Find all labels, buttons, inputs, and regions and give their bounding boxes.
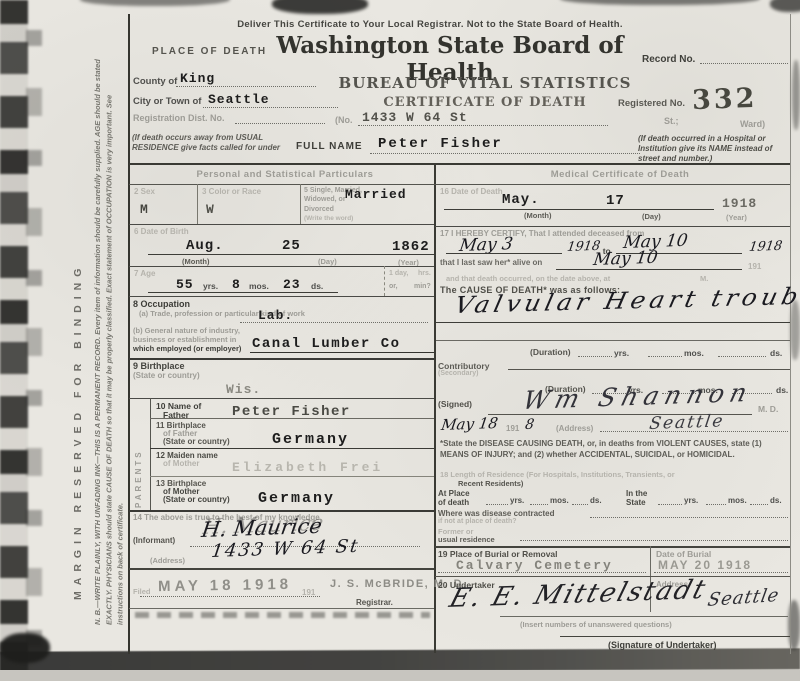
age-ds-value: 23 xyxy=(283,277,301,292)
bottom-scan-band xyxy=(0,648,800,672)
dod-day: 17 xyxy=(606,193,625,209)
city-blank xyxy=(203,107,338,108)
duration-1-ds-blank xyxy=(718,356,766,357)
marital-value: Married xyxy=(345,187,407,202)
informant-label: (Informant) xyxy=(133,536,175,545)
contracted-blank xyxy=(590,517,788,518)
row-rule-birthplace xyxy=(129,398,434,399)
deliver-note: Deliver This Certificate to Your Local R… xyxy=(150,19,710,30)
contributory-blank xyxy=(508,369,790,370)
record-no-label: Record No. xyxy=(642,54,695,65)
contracted-label-1: Where was disease contracted xyxy=(438,509,555,518)
top-smudge xyxy=(272,0,368,14)
row-rule-dod xyxy=(435,226,790,227)
occupation-b-label-1: (b) General nature of industry, xyxy=(133,326,240,335)
duration-1-mos-label: mos. xyxy=(684,348,704,358)
informant-address-label: (Address) xyxy=(150,556,185,565)
sex-value: M xyxy=(140,202,149,217)
occupation-b-label-2: business or establishment in xyxy=(133,335,236,344)
county-label: County of xyxy=(133,76,177,87)
in-state-yrs-blank xyxy=(658,504,682,505)
dob-month: Aug. xyxy=(186,238,224,254)
contributory-secondary-hint: (Secondary) xyxy=(438,370,478,377)
sex-label: 2 Sex xyxy=(134,187,155,196)
burial-value: Calvary Cemetery xyxy=(456,558,613,573)
age-blank xyxy=(148,292,338,293)
duration-1-ds-label: ds. xyxy=(770,348,782,358)
filed-blank xyxy=(140,596,320,597)
less-than-min-label: min? xyxy=(414,283,431,290)
row-rule-mother xyxy=(150,476,434,477)
occupation-b-label-3: which employed (or employer) xyxy=(133,344,241,353)
at-place-ds-blank xyxy=(572,504,588,505)
county-blank xyxy=(176,86,316,87)
parents-divider xyxy=(150,398,151,510)
former-residence-label-2: usual residence xyxy=(438,535,495,544)
undertaker-sig-caption: (Signature of Undertaker) xyxy=(608,640,717,650)
row-rule-occupation xyxy=(129,358,434,360)
bottom-scan-strip xyxy=(0,670,800,681)
dod-year-caption: (Year) xyxy=(726,213,747,222)
in-state-yrs-label: yrs. xyxy=(684,496,698,505)
registrar-label: Registrar. xyxy=(356,598,393,607)
bottom-left-blob xyxy=(0,633,50,663)
birthplace-label: 9 Birthplace xyxy=(133,361,185,371)
age-ds-label: ds. xyxy=(311,281,323,291)
county-value: King xyxy=(180,71,215,86)
form-left-border xyxy=(128,14,130,654)
former-residence-blank xyxy=(520,540,788,541)
at-place-ds-label: ds. xyxy=(590,496,602,505)
bureau-line: BUREAU OF VITAL STATISTICS xyxy=(330,74,640,92)
undertaker-sig-rule xyxy=(500,616,788,617)
binding-edge-smudges xyxy=(0,0,28,681)
cause-blank-1 xyxy=(436,322,790,323)
medical-section-title: Medical Certificate of Death xyxy=(470,169,770,180)
last-saw-value: May 10 xyxy=(592,248,659,270)
parents-group-label: PARENTS xyxy=(134,408,143,508)
occupation-label: 8 Occupation xyxy=(133,299,190,309)
filed-label: Filed xyxy=(133,587,151,596)
duration-1-yrs-blank xyxy=(578,356,612,357)
top-smudge-3 xyxy=(560,0,760,5)
registered-no-stamp: 332 xyxy=(691,83,757,116)
death-certificate-scan: MARGIN RESERVED FOR BINDING N. B.—WRITE … xyxy=(0,0,800,681)
dod-blank xyxy=(444,209,714,210)
signed-address-label: (Address) xyxy=(556,424,593,433)
row-rule-dob xyxy=(129,266,434,267)
occupation-b-value: Canal Lumber Co xyxy=(252,336,401,352)
dob-year: 1862 xyxy=(392,239,430,255)
less-than-day-label: 1 day, xyxy=(389,270,408,277)
signed-year-value: 8 xyxy=(524,417,535,433)
section-title-rule xyxy=(129,184,790,185)
dob-day-caption: (Day) xyxy=(318,257,337,266)
color-value: W xyxy=(206,202,215,217)
occupation-b-blank xyxy=(250,352,434,353)
certificate-line: CERTIFICATE OF DEATH xyxy=(365,95,605,110)
age-yrs-value: 55 xyxy=(176,277,194,292)
at-place-yrs-blank xyxy=(486,504,508,505)
at-place-label-2: of death xyxy=(438,498,469,507)
row-rule-father xyxy=(150,418,434,419)
ward-suffix-label: Ward) xyxy=(740,119,765,129)
disease-note: *State the DISEASE CAUSING DEATH, or, in… xyxy=(440,438,785,460)
in-state-label-1: In the xyxy=(626,489,647,498)
reg-dist-blank xyxy=(235,123,325,124)
marital-hint: (Write the word) xyxy=(304,215,353,222)
birthplace-hint: (State or country) xyxy=(133,371,200,380)
row-rule-age xyxy=(129,296,434,297)
at-place-mos-blank xyxy=(530,504,548,505)
informant-address-value: 1433 W 64 St xyxy=(210,536,361,562)
residence-label-2: Recent Residents) xyxy=(458,479,523,488)
dob-month-caption: (Month) xyxy=(182,257,209,266)
row-rule-sex xyxy=(129,224,434,225)
right-edge-mark xyxy=(792,60,800,130)
top-smudge-2 xyxy=(80,0,230,6)
sex-cell-divider xyxy=(197,184,198,224)
signed-address-blank xyxy=(600,431,788,432)
record-no-blank xyxy=(700,63,788,64)
duration-1-mos-blank xyxy=(648,356,682,357)
contracted-label-2: if not at place of death? xyxy=(438,518,517,525)
margin-binding-text: MARGIN RESERVED FOR BINDING xyxy=(72,120,84,600)
age-mos-value: 8 xyxy=(232,277,241,292)
dod-day-caption: (Day) xyxy=(642,212,661,221)
personal-section-title: Personal and Statistical Particulars xyxy=(140,169,430,180)
to-year-value: 1918 xyxy=(748,239,783,255)
occupation-a-blank xyxy=(240,322,428,323)
in-state-mos-blank xyxy=(706,504,726,505)
city-value: Seattle xyxy=(208,92,270,107)
death-occurred-label: and that death occurred, on the date abo… xyxy=(446,274,610,283)
dod-label: 16 Date of Death xyxy=(440,187,503,196)
row-rule-burial xyxy=(435,576,790,577)
duration-1-yrs-label: yrs. xyxy=(614,348,629,358)
undertaker-address-value: Seattle xyxy=(706,585,781,611)
header-rule xyxy=(129,163,790,165)
row-rule-mother-bp xyxy=(129,510,434,512)
row-rule-filed xyxy=(129,608,434,609)
at-place-yrs-label: yrs. xyxy=(510,496,524,505)
mother-maiden-label-2: of Mother xyxy=(163,459,199,468)
in-state-label-2: State xyxy=(626,498,646,507)
duration-2-ds-label: ds. xyxy=(776,385,788,395)
undertaker-caption-rule xyxy=(560,636,790,637)
row-rule-father-bp xyxy=(150,448,434,449)
dod-month: May. xyxy=(502,192,540,208)
registered-no-label: Registered No. xyxy=(618,98,685,109)
burial-date-stamp: MAY 20 1918 xyxy=(658,558,752,572)
hospital-note: (If death occurred in a Hospital or Inst… xyxy=(638,134,788,164)
color-cell-divider xyxy=(300,184,301,224)
dod-month-caption: (Month) xyxy=(524,211,551,220)
filed-date-stamp: MAY 18 1918 xyxy=(158,576,292,595)
top-smudge-4 xyxy=(770,0,800,12)
row-rule-informant xyxy=(129,568,434,570)
illegible-footer-smudge xyxy=(135,612,430,618)
row-rule-burial-top xyxy=(435,546,790,548)
death-occurred-m-label: M. xyxy=(700,274,708,283)
form-right-border xyxy=(790,14,791,654)
burial-blank xyxy=(438,572,646,573)
cause-blank-2 xyxy=(436,340,790,341)
at-place-mos-label: mos. xyxy=(550,496,569,505)
in-state-mos-label: mos. xyxy=(728,496,747,505)
street-blank xyxy=(358,125,608,126)
less-than-or-label: or, xyxy=(389,283,398,290)
father-birthplace-hint: (State or country) xyxy=(163,437,230,446)
dod-year: 1918 xyxy=(722,196,757,211)
last-saw-blank xyxy=(556,269,742,270)
signed-date-value: May 18 xyxy=(440,414,499,434)
signed-md-label: M. D. xyxy=(758,404,778,414)
st-suffix-label: St.; xyxy=(664,116,679,126)
city-label: City or Town of xyxy=(133,96,201,107)
age-label: 7 Age xyxy=(134,269,156,278)
burial-date-blank xyxy=(654,572,788,573)
in-state-ds-label: ds. xyxy=(770,496,782,505)
binding-edge-smudges-2 xyxy=(26,30,42,670)
dob-label: 6 Date of Birth xyxy=(134,227,189,236)
reg-dist-label: Registration Dist. No. xyxy=(133,113,225,123)
full-name-value: Peter Fisher xyxy=(378,136,503,152)
mother-birthplace-hint: (State or country) xyxy=(163,495,230,504)
age-cell-divider xyxy=(384,266,385,296)
color-label: 3 Color or Race xyxy=(202,187,261,196)
signed-year-prefix: 191 xyxy=(506,424,519,433)
last-saw-label: that I last saw her* alive on xyxy=(440,258,542,267)
street-no-label: (No. xyxy=(335,115,353,125)
occupation-a-value: Lab. xyxy=(258,308,293,323)
street-value: 1433 W 64 St xyxy=(362,110,468,125)
mother-birthplace-value: Germany xyxy=(258,490,335,507)
full-name-blank xyxy=(370,153,640,154)
mother-maiden-value: Elizabeth Frei xyxy=(232,460,383,475)
attended-from-blank xyxy=(446,253,562,254)
dob-blank xyxy=(148,254,434,255)
age-mos-label: mos. xyxy=(249,281,269,291)
father-birthplace-value: Germany xyxy=(272,431,349,448)
full-name-label: FULL NAME xyxy=(296,141,363,152)
age-yrs-label: yrs. xyxy=(203,281,218,291)
at-place-label-1: At Place xyxy=(438,489,470,498)
usual-residence-note: (If death occurs away from USUAL RESIDEN… xyxy=(132,133,284,153)
birthplace-value: Wis. xyxy=(226,382,261,397)
in-state-ds-blank xyxy=(750,504,768,505)
margin-note-text: N. B.—WRITE PLAINLY, WITH UNFADING INK—T… xyxy=(92,55,128,625)
last-saw-year-prefix: 191 xyxy=(748,262,761,271)
unanswered-note: (Insert numbers of unanswered questions) xyxy=(520,620,672,629)
signed-label: (Signed) xyxy=(438,399,472,409)
less-than-hrs-label: hrs. xyxy=(418,270,431,277)
dob-day: 25 xyxy=(282,238,301,254)
duration-label-1: (Duration) xyxy=(530,347,571,357)
residence-label-1: 18 Length of Residence (For Hospitals, I… xyxy=(440,470,675,479)
